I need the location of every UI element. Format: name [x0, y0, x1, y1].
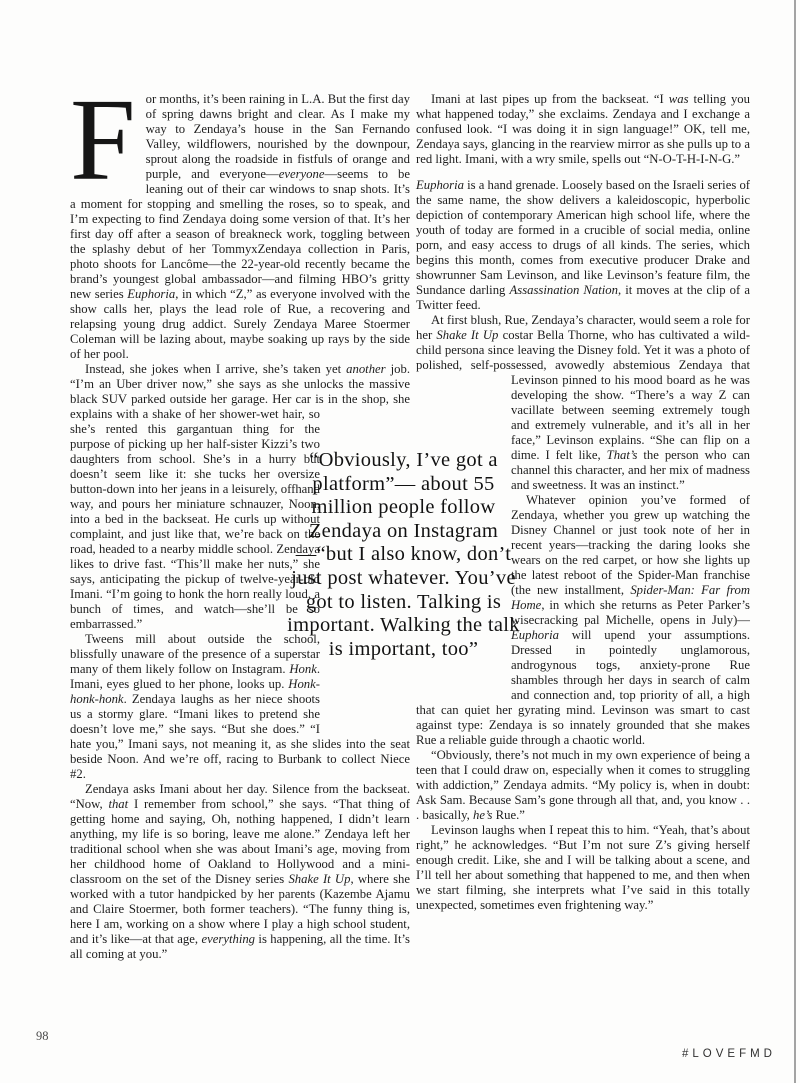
magazine-page: For months, it’s been raining in L.A. Bu…: [0, 0, 800, 1083]
paragraph: Imani at last pipes up from the backseat…: [416, 92, 750, 167]
paragraph: Levinson laughs when I repeat this to hi…: [416, 823, 750, 913]
hashtag-footer: #LOVEFMD: [682, 1048, 776, 1060]
page-number: 98: [36, 1029, 49, 1044]
paragraph: Zendaya asks Imani about her day. Silenc…: [70, 782, 410, 962]
pull-quote: “Obviously, I’ve got a platform”— about …: [287, 449, 520, 661]
paragraph-text: developing the show. “There’s a way Z ca…: [511, 388, 750, 492]
page-edge-line: [794, 0, 796, 1083]
drop-cap-letter: F: [70, 95, 136, 185]
section-start-paragraph: Euphoria is a hand grenade. Loosely base…: [416, 178, 750, 313]
paragraph: “Obviously, there’s not much in my own e…: [416, 748, 750, 823]
opening-paragraph: For months, it’s been raining in L.A. Bu…: [70, 92, 410, 362]
